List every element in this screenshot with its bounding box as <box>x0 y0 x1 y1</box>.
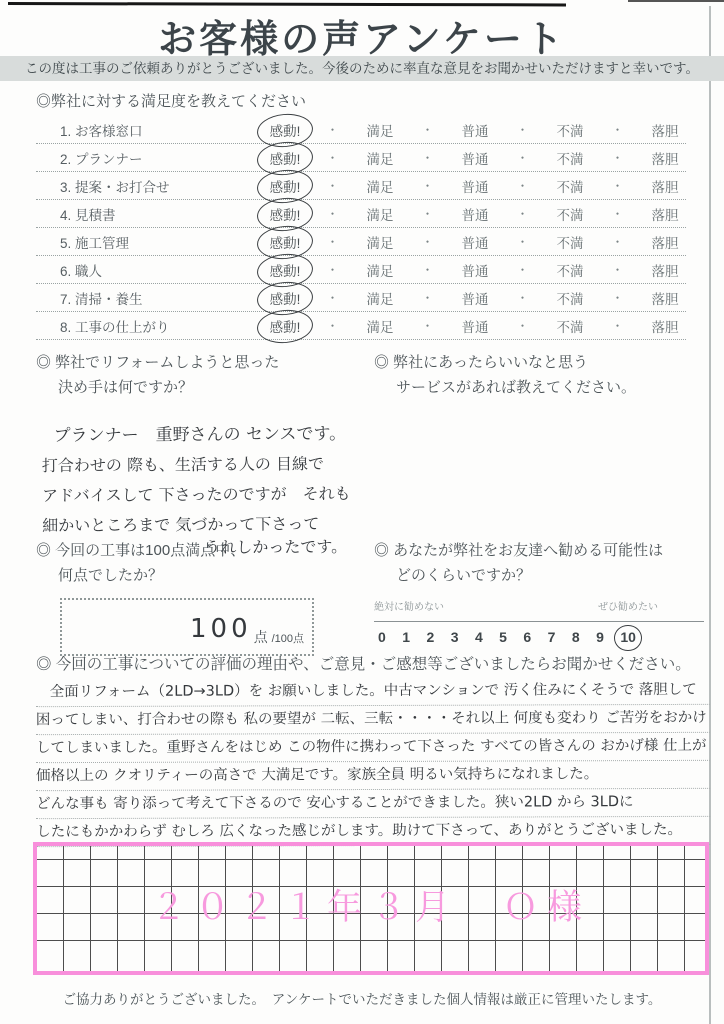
nps-scale: 012345678910 <box>378 629 636 645</box>
satisfaction-options: 感動!・満足・普通・不満・落胆 <box>250 176 700 196</box>
satisfaction-row: 1. お客様窓口感動!・満足・普通・不満・落胆 <box>36 116 686 144</box>
satisfaction-option: 落胆 <box>630 148 700 168</box>
option-separator-dot: ・ <box>510 317 535 334</box>
satisfaction-option: 満足 <box>345 176 415 196</box>
option-separator-dot: ・ <box>415 317 440 334</box>
comments-block: ◎ 今回の工事についての評価の理由や、ご意見・ご感想等ございましたらお聞かせくだ… <box>36 652 710 846</box>
service-question-line1: ◎ 弊社にあったらいいなと思う <box>374 350 710 375</box>
score-handwritten-value: 100 <box>190 614 252 644</box>
satisfaction-option: 普通 <box>440 260 510 280</box>
nps-scale-rule <box>374 621 704 622</box>
option-separator-dot: ・ <box>605 317 630 334</box>
option-separator-dot: ・ <box>510 261 535 278</box>
handwritten-line: プランナー 重野さんの センスです。 <box>36 419 372 451</box>
satisfaction-row: 3. 提案・お打合せ感動!・満足・普通・不満・落胆 <box>36 172 686 200</box>
satisfaction-row: 6. 職人感動!・満足・普通・不満・落胆 <box>36 256 686 284</box>
satisfaction-option-selected: 感動! <box>250 120 320 140</box>
score-question-line2: 何点でしたか？ <box>36 563 336 588</box>
score-unit: 点 <box>254 629 268 645</box>
satisfaction-option: 普通 <box>440 120 510 140</box>
nps-number: 9 <box>596 629 604 645</box>
satisfaction-row: 4. 見積書感動!・満足・普通・不満・落胆 <box>36 200 686 228</box>
satisfaction-option: 不満 <box>535 176 605 196</box>
nps-number: 7 <box>548 629 556 645</box>
satisfaction-options: 感動!・満足・普通・不満・落胆 <box>250 316 700 336</box>
option-separator-dot: ・ <box>415 177 440 194</box>
date-stamp-text: ２０２１年３月 Ｏ様 <box>151 880 591 938</box>
satisfaction-option: 不満 <box>535 232 605 252</box>
satisfaction-row: 5. 施工管理感動!・満足・普通・不満・落胆 <box>36 228 686 256</box>
service-question-line2: サービスがあれば教えてください。 <box>374 375 710 400</box>
nps-number: 2 <box>426 629 434 645</box>
satisfaction-row-label: 7. 清掃・養生 <box>36 288 250 308</box>
satisfaction-option: 落胆 <box>630 288 700 308</box>
score-answer-box: 100 点 /100点 <box>60 598 314 656</box>
nps-number: 5 <box>499 629 507 645</box>
handwritten-line: 全面リフォーム（2LD→3LD）を お願いしました。中古マンションで 汚く住みに… <box>36 677 710 707</box>
satisfaction-row-label: 6. 職人 <box>36 260 250 280</box>
option-separator-dot: ・ <box>320 289 345 306</box>
option-separator-dot: ・ <box>320 317 345 334</box>
option-separator-dot: ・ <box>320 261 345 278</box>
nps-number: 6 <box>523 629 531 645</box>
scan-artifact-top-edge <box>8 2 566 6</box>
option-separator-dot: ・ <box>510 177 535 194</box>
decision-question-line2: 決め手は何ですか？ <box>36 375 372 400</box>
date-stamp-grid-box: ２０２１年３月 Ｏ様 <box>33 842 709 975</box>
satisfaction-heading: ◎弊社に対する満足度を教えてください <box>36 90 306 111</box>
option-separator-dot: ・ <box>510 205 535 222</box>
option-separator-dot: ・ <box>510 233 535 250</box>
scan-artifact-right-edge <box>709 6 711 1024</box>
satisfaction-row-label: 4. 見積書 <box>36 204 250 224</box>
score-unit-label: 点 /100点 <box>254 627 304 647</box>
nps-number: 0 <box>378 629 386 645</box>
nps-number: 3 <box>451 629 459 645</box>
satisfaction-table: 1. お客様窓口感動!・満足・普通・不満・落胆2. プランナー感動!・満足・普通… <box>36 116 686 340</box>
satisfaction-option: 普通 <box>440 288 510 308</box>
satisfaction-option-selected: 感動! <box>250 232 320 252</box>
handwritten-line: 打合わせの 際も、生活する人の 目線で <box>36 449 372 481</box>
option-separator-dot: ・ <box>415 289 440 306</box>
option-separator-dot: ・ <box>605 261 630 278</box>
option-separator-dot: ・ <box>510 149 535 166</box>
satisfaction-options: 感動!・満足・普通・不満・落胆 <box>250 232 700 252</box>
satisfaction-options: 感動!・満足・普通・不満・落胆 <box>250 120 700 140</box>
satisfaction-option: 不満 <box>535 288 605 308</box>
satisfaction-options: 感動!・満足・普通・不満・落胆 <box>250 204 700 224</box>
satisfaction-option: 不満 <box>535 204 605 224</box>
option-separator-dot: ・ <box>605 177 630 194</box>
nps-number: 1 <box>402 629 410 645</box>
satisfaction-option-selected: 感動! <box>250 288 320 308</box>
option-separator-dot: ・ <box>605 149 630 166</box>
option-separator-dot: ・ <box>605 289 630 306</box>
satisfaction-option: 不満 <box>535 260 605 280</box>
satisfaction-option: 落胆 <box>630 260 700 280</box>
footer-note: ご協力ありがとうございました。 アンケートでいただきました個人情報は厳正に管理い… <box>0 988 724 1008</box>
satisfaction-option: 不満 <box>535 316 605 336</box>
satisfaction-option: 普通 <box>440 232 510 252</box>
satisfaction-option-selected: 感動! <box>250 176 320 196</box>
option-separator-dot: ・ <box>320 233 345 250</box>
option-separator-dot: ・ <box>415 149 440 166</box>
score-question-line1: ◎ 今回の工事は100点満点中、 <box>36 538 336 563</box>
satisfaction-row: 2. プランナー感動!・満足・普通・不満・落胆 <box>36 144 686 172</box>
handwritten-line: アドバイスして 下さったのですが それも <box>36 479 372 511</box>
handwritten-line: 困ってしまい、打合わせの際も 私の要望が 二転、三転・・・・それ以上 何度も変わ… <box>36 705 710 735</box>
score-denominator: /100点 <box>272 633 304 645</box>
satisfaction-option: 普通 <box>440 316 510 336</box>
satisfaction-row-label: 8. 工事の仕上がり <box>36 316 250 336</box>
satisfaction-option-selected: 感動! <box>250 260 320 280</box>
satisfaction-option: 満足 <box>345 288 415 308</box>
satisfaction-option: 満足 <box>345 204 415 224</box>
option-separator-dot: ・ <box>415 233 440 250</box>
page-title: お客様の声アンケート <box>0 8 724 63</box>
satisfaction-option-selected: 感動! <box>250 204 320 224</box>
satisfaction-option: 落胆 <box>630 120 700 140</box>
handwritten-line: 価格以上の クオリティーの高さで 大満足です。家族全員 明るい気持ちになれました… <box>36 761 710 791</box>
satisfaction-option: 落胆 <box>630 176 700 196</box>
scanned-survey-page: お客様の声アンケート この度は工事のご依頼ありがとうございました。今後のために率… <box>0 0 724 1024</box>
satisfaction-option: 満足 <box>345 260 415 280</box>
comments-heading: ◎ 今回の工事についての評価の理由や、ご意見・ご感想等ございましたらお聞かせくだ… <box>36 652 710 674</box>
satisfaction-option: 満足 <box>345 148 415 168</box>
satisfaction-option: 不満 <box>535 120 605 140</box>
handwritten-line: してしまいました。重野さんをはじめ この物件に携わって下さった すべての皆さんの… <box>36 733 710 763</box>
satisfaction-options: 感動!・満足・普通・不満・落胆 <box>250 260 700 280</box>
option-separator-dot: ・ <box>415 261 440 278</box>
option-separator-dot: ・ <box>510 121 535 138</box>
nps-number: 4 <box>475 629 483 645</box>
satisfaction-option: 満足 <box>345 316 415 336</box>
satisfaction-row-label: 2. プランナー <box>36 148 250 168</box>
satisfaction-row-label: 3. 提案・お打合せ <box>36 176 250 196</box>
service-question-block: ◎ 弊社にあったらいいなと思う サービスがあれば教えてください。 <box>374 350 710 400</box>
satisfaction-option-selected: 感動! <box>250 148 320 168</box>
score-question-block: ◎ 今回の工事は100点満点中、 何点でしたか？ 100 点 /100点 <box>36 538 336 656</box>
nps-question-line2: どのくらいですか？ <box>374 563 710 588</box>
satisfaction-options: 感動!・満足・普通・不満・落胆 <box>250 148 700 168</box>
satisfaction-option: 落胆 <box>630 316 700 336</box>
option-separator-dot: ・ <box>605 205 630 222</box>
satisfaction-option: 満足 <box>345 232 415 252</box>
decision-question-line1: ◎ 弊社でリフォームしようと思った <box>36 350 372 375</box>
satisfaction-row-label: 1. お客様窓口 <box>36 120 250 140</box>
decision-question-block: ◎ 弊社でリフォームしようと思った 決め手は何ですか？ プランナー 重野さんの … <box>36 350 372 563</box>
satisfaction-option: 満足 <box>345 120 415 140</box>
option-separator-dot: ・ <box>320 149 345 166</box>
option-separator-dot: ・ <box>415 205 440 222</box>
scan-artifact-top-right-edge <box>628 0 724 2</box>
option-separator-dot: ・ <box>415 121 440 138</box>
nps-number-selected: 10 <box>620 629 636 645</box>
nps-question-line1: ◎ あなたが弊社をお友達へ勧める可能性は <box>374 538 710 563</box>
nps-anchor-labels: 絶対に勧めない ぜひ勧めたい <box>374 598 658 613</box>
handwritten-line: どんな事も 寄り添って考えて下さるので 安心することができました。狭い2LD か… <box>36 789 710 819</box>
option-separator-dot: ・ <box>510 289 535 306</box>
nps-question-block: ◎ あなたが弊社をお友達へ勧める可能性は どのくらいですか？ 絶対に勧めない ぜ… <box>374 538 710 645</box>
nps-label-low: 絶対に勧めない <box>374 598 444 613</box>
satisfaction-option: 普通 <box>440 176 510 196</box>
satisfaction-option: 落胆 <box>630 204 700 224</box>
nps-label-high: ぜひ勧めたい <box>598 598 658 613</box>
option-separator-dot: ・ <box>605 121 630 138</box>
option-separator-dot: ・ <box>320 121 345 138</box>
satisfaction-row: 7. 清掃・養生感動!・満足・普通・不満・落胆 <box>36 284 686 312</box>
option-separator-dot: ・ <box>320 177 345 194</box>
comments-handwritten-answer: 全面リフォーム（2LD→3LD）を お願いしました。中古マンションで 汚く住みに… <box>36 677 711 847</box>
satisfaction-option-selected: 感動! <box>250 316 320 336</box>
option-separator-dot: ・ <box>605 233 630 250</box>
intro-banner: この度は工事のご依頼ありがとうございました。今後のために率直な意見をお聞かせいた… <box>0 56 724 81</box>
satisfaction-option: 普通 <box>440 204 510 224</box>
satisfaction-option: 普通 <box>440 148 510 168</box>
nps-number: 8 <box>572 629 580 645</box>
option-separator-dot: ・ <box>320 205 345 222</box>
satisfaction-option: 落胆 <box>630 232 700 252</box>
satisfaction-option: 不満 <box>535 148 605 168</box>
satisfaction-row: 8. 工事の仕上がり感動!・満足・普通・不満・落胆 <box>36 312 686 340</box>
satisfaction-options: 感動!・満足・普通・不満・落胆 <box>250 288 700 308</box>
satisfaction-row-label: 5. 施工管理 <box>36 232 250 252</box>
